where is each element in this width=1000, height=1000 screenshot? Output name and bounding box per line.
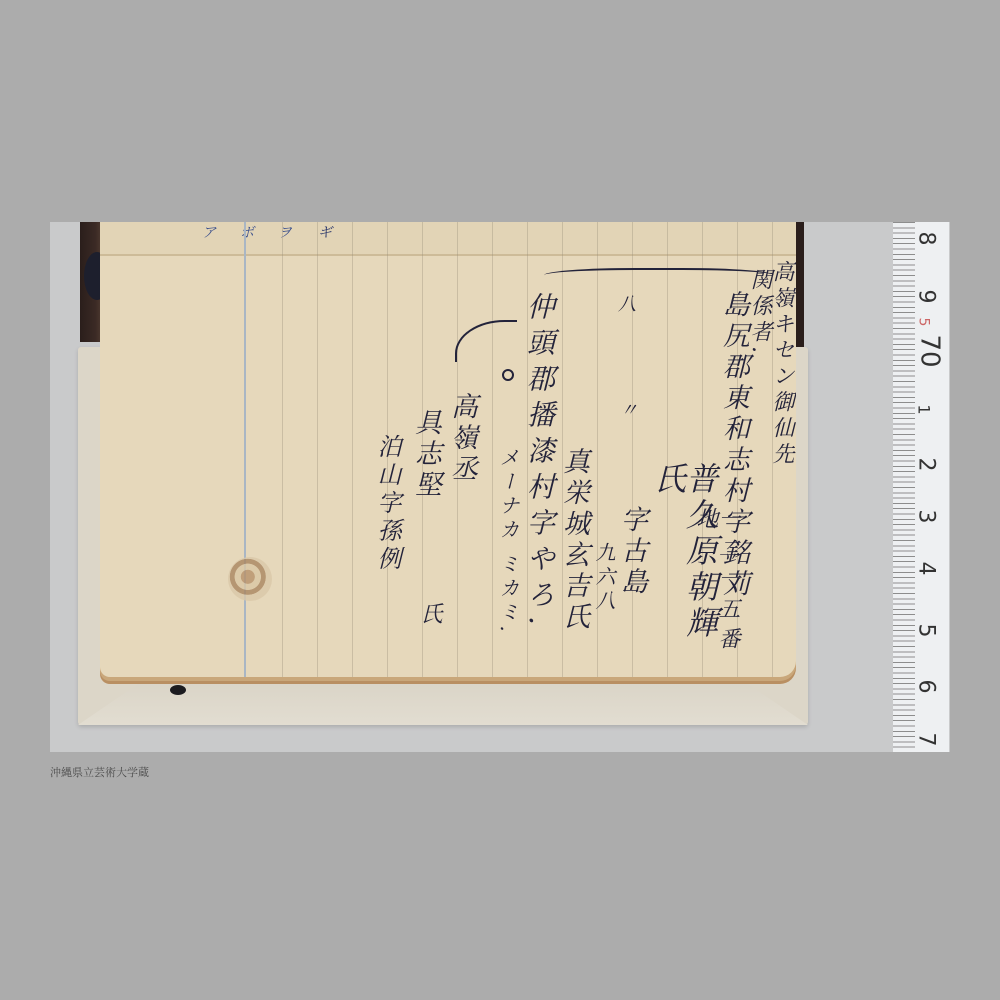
measuring-ruler: 8 9 5 70 1 2 3 4 5 6 7 [893, 222, 949, 752]
scrawl: ギ [318, 222, 332, 242]
ruler-label: 3 [914, 510, 939, 524]
handwritten-column: 高嶺キセン御仙先 [770, 260, 792, 468]
handwritten-column: 関係者. [748, 268, 770, 357]
ruled-line [282, 222, 283, 677]
ruler-label: 70 [915, 334, 945, 367]
ruled-line [492, 222, 493, 677]
margin-line [244, 222, 246, 677]
ruler-label: 4 [914, 562, 939, 576]
handwritten-column: 八 [616, 294, 634, 316]
handwritten-column: 具志堅 [412, 408, 439, 501]
previous-page-strip: ア ボ ヲ ギ [100, 222, 796, 256]
handwritten-column: メーナカ ミカミ. [498, 447, 518, 636]
ruler-label: 7 [914, 733, 939, 747]
handwritten-column: 高嶺丞 [448, 392, 475, 485]
ruler-label: 6 [914, 680, 939, 694]
seal-stamp [228, 557, 272, 601]
scrawl: ボ [240, 222, 254, 242]
notebook-page: ア ボ ヲ ギ 高嶺キセン御仙先 関係者. 島尻郡東和志村字銘苅 一二一五番地 … [100, 222, 796, 677]
handwritten-column: 氏 [418, 602, 440, 628]
ruler-label: 1 [915, 404, 934, 414]
handwritten-column: 仲頭郡播漆村字やろ. [525, 292, 553, 633]
connector-line [455, 320, 517, 362]
handwritten-column: 〃 [618, 400, 636, 422]
artifact-photo: ア ボ ヲ ギ 高嶺キセン御仙先 関係者. 島尻郡東和志村字銘苅 一二一五番地 … [50, 222, 950, 752]
scrawl: ア [202, 222, 216, 242]
ruler-label: 8 [914, 232, 939, 246]
ruled-line [352, 222, 353, 677]
brace-mark [544, 268, 774, 286]
ruler-label: 5 [914, 624, 939, 638]
ruled-line [317, 222, 318, 677]
bullet-circle [502, 369, 514, 381]
ruler-label: 2 [914, 458, 939, 472]
ruler-label: 9 [914, 290, 939, 304]
handwritten-column: 泊山字孫例 [375, 434, 399, 574]
ruler-label: 5 [915, 318, 931, 327]
handwritten-column: 真栄城玄吉氏 [560, 447, 587, 633]
ruled-line [632, 222, 633, 677]
ink-stain [170, 685, 186, 695]
collection-credit: 沖縄県立芸術大学蔵 [50, 764, 149, 780]
handwritten-column: 普久原朝輝氏 [652, 462, 716, 677]
handwritten-column: 字古島 [618, 505, 645, 598]
handwritten-column: 九六八 [594, 542, 614, 614]
scrawl: ヲ [278, 222, 292, 242]
